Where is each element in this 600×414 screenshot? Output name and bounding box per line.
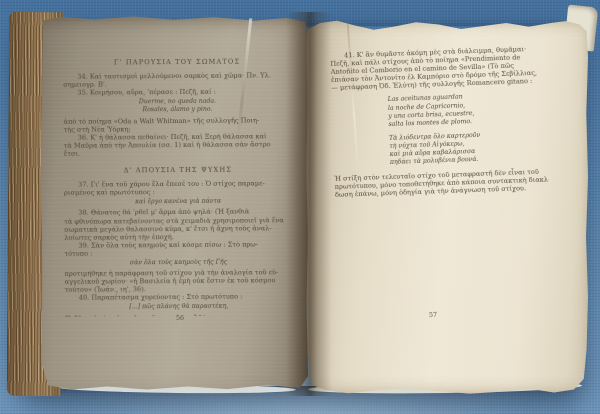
text-line: σωματικὰ μεγάλο θαλασσινὸ κύμα, κ' ἔτσι … [64, 224, 292, 234]
text-line: καὶ ἔργο κανένα γιὰ πάντα [64, 198, 292, 208]
text-line: Δ' ΑΠΟΥΣΙΑ ΤΗΣ ΨΥΧΗΣ [64, 165, 292, 175]
text-line: 35. Κοιμήσου, αὔρα, 'πέρασε : Πεζῆ, καί … [63, 87, 291, 97]
text-line: ἔτσι. [64, 148, 292, 158]
book-photo-scene: Γ' ΠΑΡΟΥΣΙΑ ΤΟΥ ΣΩΜΑΤΟΣ34. Καὶ ταυτισμοὶ… [0, 0, 600, 414]
text-line: ρισμένος καὶ πρωτότυπος : [64, 187, 292, 197]
right-page-text: 41. Κ' ἂν θυμᾶστε ἀκόμη μὲς στὰ διάλειμμ… [330, 45, 549, 212]
text-line: τότυπο : [64, 248, 292, 258]
text-line: σὰν ὅλα τοὺς καημοὺς τῆς Γῆς [65, 258, 293, 268]
text-line: Γ' ΠΑΡΟΥΣΙΑ ΤΟΥ ΣΩΜΑΤΟΣ [63, 57, 291, 67]
text-line: Rosales, álamo y pino. [63, 106, 291, 116]
text-line: 39. Σὰν ὅλα τοὺς καημοὺς καὶ κόσμε πίσω … [64, 240, 292, 250]
left-page-text: Γ' ΠΑΡΟΥΣΙΑ ΤΟΥ ΣΩΜΑΤΟΣ34. Καὶ ταυτισμοὶ… [63, 57, 293, 317]
text-line: ἀπὸ τὸ ποίημα «Oda a Walt Whitman» τῆς σ… [64, 116, 292, 126]
text-line: 40. Παραπέτασμα χορεύοντας : Στὸ πρωτότυ… [65, 293, 293, 303]
text-line: [...] πῶς πλάνης θὰ παραστέκη, [65, 303, 293, 313]
text-line: τὰ Μαῦρα ἀπὸ τὴν Ἀπουλία (σσ. 1) καὶ ἡ θ… [64, 140, 292, 150]
